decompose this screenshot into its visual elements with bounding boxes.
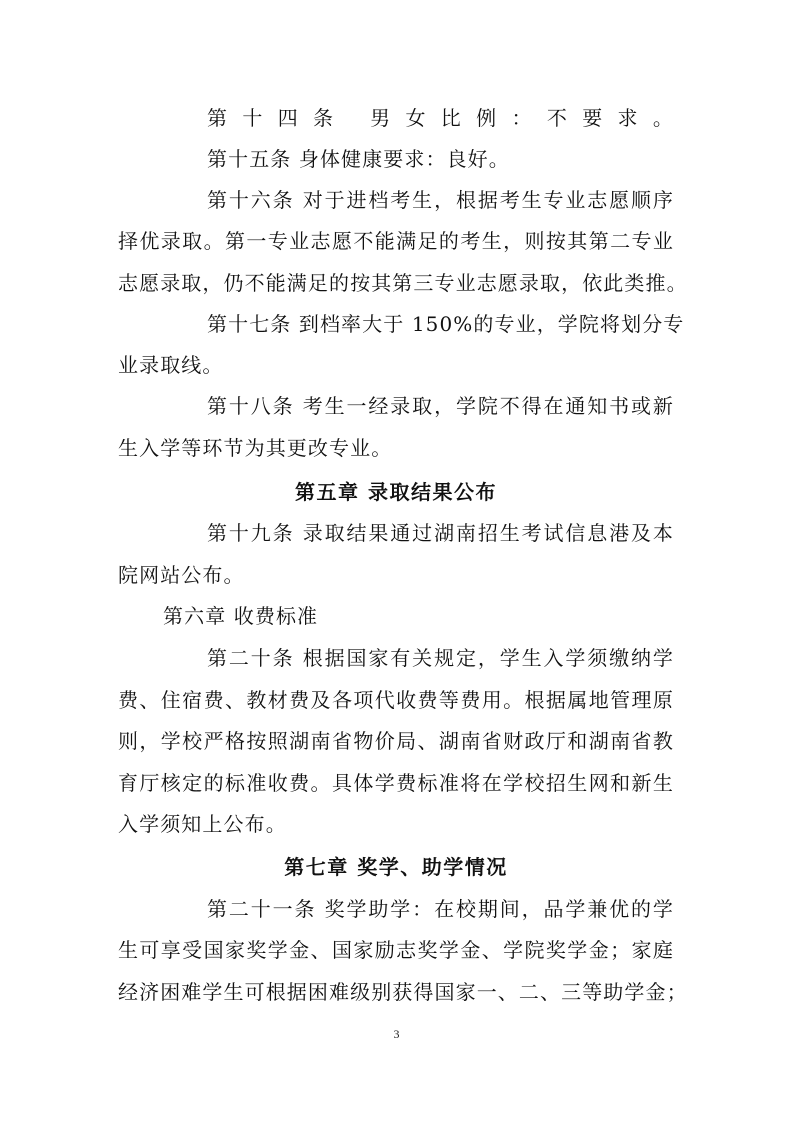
document-page: 第十四条 男女比例：不要求。 第十五条 身体健康要求：良好。 第十六条 对于进档… <box>0 0 793 1122</box>
article-16-line-1: 第十六条 对于进档考生，根据考生专业志愿顺序 <box>207 188 674 212</box>
chapter-7-heading: 第七章 奖学、助学情况 <box>118 855 674 879</box>
article-20-line-3: 则，学校严格按照湖南省物价局、湖南省财政厅和湖南省教 <box>118 729 674 753</box>
article-21-line-2: 生可享受国家奖学金、国家励志奖学金、学院奖学金；家庭 <box>118 938 674 962</box>
article-20-line-2: 费、住宿费、教材费及各项代收费等费用。根据属地管理原 <box>118 688 674 712</box>
article-20-line-4: 育厅核定的标准收费。具体学费标准将在学校招生网和新生 <box>118 771 674 795</box>
chapter-6-heading: 第六章 收费标准 <box>163 604 719 628</box>
article-15: 第十五条 身体健康要求：良好。 <box>207 147 674 171</box>
article-21-line-3: 经济困难学生可根据困难级别获得国家一、二、三等助学金； <box>118 980 674 1004</box>
page-number: 3 <box>0 1027 793 1041</box>
article-17-line-1: 第十七条 到档率大于 150%的专业，学院将划分专 <box>207 312 674 336</box>
article-18-line-2: 生入学等环节为其更改专业。 <box>118 436 674 460</box>
article-21-line-1: 第二十一条 奖学助学：在校期间，品学兼优的学 <box>207 897 674 921</box>
article-20-line-5: 入学须知上公布。 <box>118 812 674 836</box>
article-16-line-2: 择优录取。第一专业志愿不能满足的考生，则按其第二专业 <box>118 229 674 253</box>
article-16-line-3: 志愿录取，仍不能满足的按其第三专业志愿录取，依此类推。 <box>118 271 674 295</box>
article-17-line-2: 业录取线。 <box>118 353 674 377</box>
article-19-line-2: 院网站公布。 <box>118 563 674 587</box>
article-19-line-1: 第十九条 录取结果通过湖南招生考试信息港及本 <box>207 521 674 545</box>
article-18-line-1: 第十八条 考生一经录取，学院不得在通知书或新 <box>207 394 674 418</box>
article-14: 第十四条 男女比例：不要求。 <box>207 106 674 130</box>
article-20-line-1: 第二十条 根据国家有关规定，学生入学须缴纳学 <box>207 646 674 670</box>
chapter-5-heading: 第五章 录取结果公布 <box>118 480 674 504</box>
